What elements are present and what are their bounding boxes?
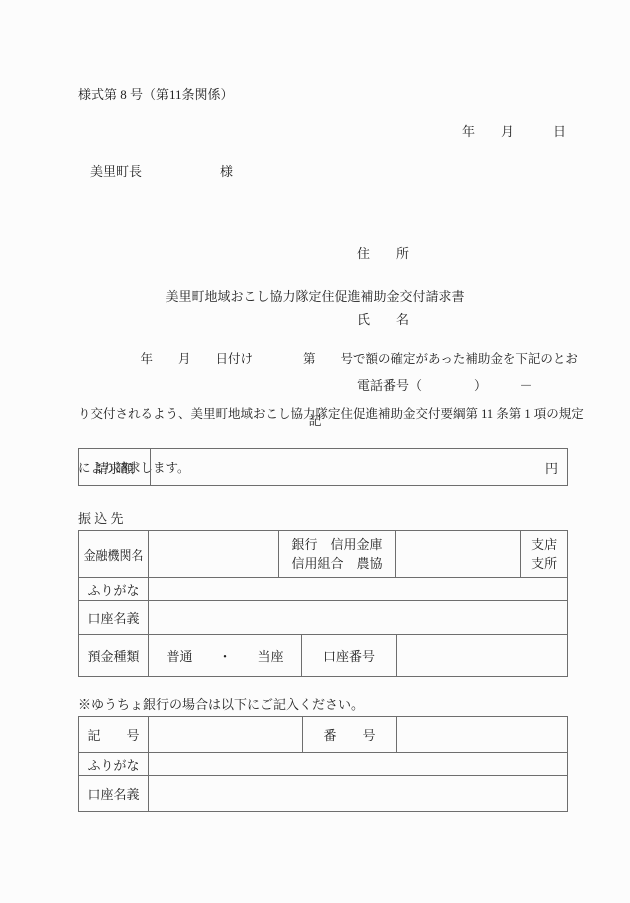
institution-name-field[interactable]	[148, 531, 278, 577]
bank-holder-label: 口座名義	[79, 601, 148, 634]
yucho-number-field[interactable]	[396, 717, 567, 752]
yucho-holder-row: 口座名義	[79, 775, 567, 811]
sender-address-label: 住 所	[357, 243, 533, 265]
account-number-label: 口座番号	[301, 635, 396, 676]
deposit-type-options[interactable]: 普通 ・ 当座	[148, 635, 301, 676]
bank-furigana-label: ふりがな	[79, 578, 148, 600]
yucho-number-label: 番 号	[302, 717, 396, 752]
yucho-table: 記 号 番 号 ふりがな 口座名義	[78, 716, 568, 812]
bank-holder-field[interactable]	[148, 601, 567, 634]
addressee-line: 美里町長 様	[90, 161, 233, 180]
yucho-furigana-field[interactable]	[148, 753, 567, 775]
bank-type-line-1: 銀行 信用金庫	[291, 535, 382, 554]
deposit-type-label: 預金種類	[79, 635, 148, 676]
document-title: 美里町地域おこし協力隊定住促進補助金交付請求書	[0, 286, 630, 305]
yucho-furigana-label: ふりがな	[79, 753, 148, 775]
amount-row: 請求額 円	[79, 449, 567, 485]
institution-label: 金融機関名	[79, 531, 148, 577]
branch-type-line-1: 支店	[531, 535, 557, 554]
yucho-furigana-row: ふりがな	[79, 752, 567, 775]
bank-type-line-2: 信用組合 農協	[291, 554, 382, 573]
yucho-holder-field[interactable]	[148, 776, 567, 811]
yucho-note: ※ゆうちょ銀行の場合は以下にご記入ください。	[78, 694, 364, 713]
branch-name-field[interactable]	[395, 531, 520, 577]
ki-heading: 記	[0, 410, 630, 429]
institution-label-text: 金融機関名	[83, 545, 143, 564]
bank-holder-row: 口座名義	[79, 600, 567, 634]
bank-type-options: 銀行 信用金庫 信用組合 農協	[278, 531, 395, 577]
date-line: 年 月 日	[462, 121, 566, 140]
account-number-field[interactable]	[396, 635, 567, 676]
branch-type-line-2: 支所	[531, 554, 557, 573]
document-page: 様式第 8 号（第11条関係） 年 月 日 美里町長 様 住 所 氏 名 電話番…	[0, 0, 630, 903]
yucho-symbol-field[interactable]	[148, 717, 302, 752]
amount-unit: 円	[545, 458, 558, 477]
yucho-symbol-label: 記 号	[79, 717, 148, 752]
bank-furigana-row: ふりがな	[79, 577, 567, 600]
form-number: 様式第 8 号（第11条関係）	[78, 84, 234, 103]
bank-furigana-field[interactable]	[148, 578, 567, 600]
bank-institution-row: 金融機関名 銀行 信用金庫 信用組合 農協 支店 支所	[79, 531, 567, 577]
amount-table: 請求額 円	[78, 448, 568, 486]
amount-label: 請求額	[79, 449, 150, 485]
bank-deposit-row: 預金種類 普通 ・ 当座 口座番号	[79, 634, 567, 676]
body-line-1: 年 月 日付け 第 号で額の確定があった補助金を下記のとお	[78, 348, 584, 371]
bank-table: 金融機関名 銀行 信用金庫 信用組合 農協 支店 支所 ふりがな 口座名義 預金…	[78, 530, 568, 677]
yucho-symbol-row: 記 号 番 号	[79, 717, 567, 752]
amount-value-field[interactable]: 円	[150, 449, 567, 485]
transfer-heading: 振 込 先	[78, 508, 124, 527]
yucho-holder-label: 口座名義	[79, 776, 148, 811]
branch-type-options: 支店 支所	[520, 531, 567, 577]
